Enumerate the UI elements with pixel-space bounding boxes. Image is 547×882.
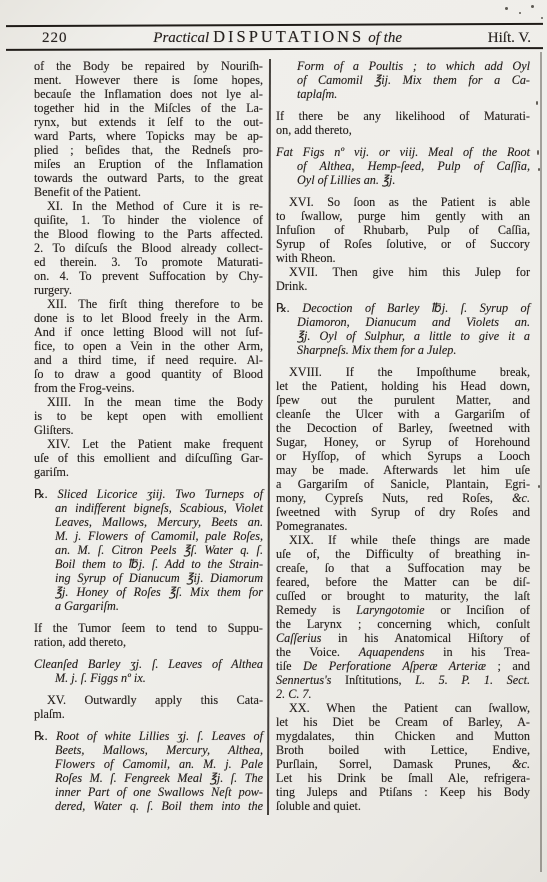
text-line: the Decoction of Barley, ſweetned with xyxy=(276,421,530,435)
text-line: Diamoron, Dianucum and Violets an. xyxy=(276,315,530,329)
paragraph-note: If there be any likelihood of Maturati-o… xyxy=(276,109,530,137)
text-line: ℞. Root of white Lillies ʒj. ſ. Leaves o… xyxy=(34,729,263,743)
text-line: ℥j. Oyl of Sulphur, a little to give it … xyxy=(276,329,530,343)
title-words-of-the: of the xyxy=(368,30,402,46)
text-line: a Gargariſm of Sanicle, Plantain, Egri- xyxy=(276,477,530,491)
scan-speckle xyxy=(505,7,508,10)
text-line: mygdalates, thin Chicken and Mutton xyxy=(276,729,530,743)
text-line: Sharpneſs. Mix them for a Julep. xyxy=(276,343,530,357)
text-line: ſo to draw a good quantity of Blood xyxy=(34,367,263,381)
text-line: ment. However there is ſome hopes, xyxy=(34,73,263,87)
text-line: plaſm. xyxy=(34,707,263,721)
text-line: of Althea, Hemp-ſeed, Pulp of Caſſia, xyxy=(276,159,530,173)
text-line: taplaſm. xyxy=(276,87,530,101)
paragraph-section: XX. When the Patient can ſwallow,let his… xyxy=(276,701,530,813)
text-line: Leaves, Mallows, Mercury, Beets an. xyxy=(34,515,263,529)
text-line: M. j. ſ. Figgs nº ix. xyxy=(34,671,263,685)
page-number: 220 xyxy=(42,30,68,47)
text-line: Oyl of Lillies an. ℥j. xyxy=(276,173,530,187)
text-line: gariſm. xyxy=(34,465,263,479)
paragraph-section: XIX. If while theſe things are madeuſe o… xyxy=(276,533,530,701)
scan-speckle xyxy=(538,168,540,171)
text-line: Sennertus's Inſtitutions, L. 5. P. 1. Se… xyxy=(276,673,530,687)
paragraph-recipe: ℞. Decoction of Barley ℔j. ſ. Syrup ofDi… xyxy=(276,301,530,357)
paragraph-section: XVIII. If the Impoſthume break,let the P… xyxy=(276,365,530,533)
text-line: together hid in the Miſcles of the La- xyxy=(34,101,263,115)
text-line: becauſe the Inflamation does not lye al- xyxy=(34,87,263,101)
paragraph-recipe: Cleanſed Barley ʒj. ſ. Leaves of AltheaM… xyxy=(34,657,263,685)
text-line: XIV. Let the Patient make frequent xyxy=(34,437,263,451)
text-line: XV. Outwardly apply this Cata- xyxy=(34,693,263,707)
text-line: Boil them to ℔j. ſ. Add to the Strain- xyxy=(34,557,263,571)
text-line: ℞. Decoction of Barley ℔j. ſ. Syrup of xyxy=(276,301,530,315)
paragraph-section: XVI. So ſoon as the Patient is ableto ſw… xyxy=(276,195,530,265)
text-line: ing Syrup of Dianucum ℥ij. Diamorum xyxy=(34,571,263,585)
text-line: on. 4. To prevent Suffocation by Chy- xyxy=(34,269,263,283)
text-line: XVII. Then give him this Julep for xyxy=(276,265,530,279)
header-rule-bottom xyxy=(6,47,543,51)
text-line: XII. The firſt thing therefore to be xyxy=(34,297,263,311)
text-line: an. M. ſ. Citron Peels ℥ſ. Water q. ſ. xyxy=(34,543,263,557)
right-column: Form of a Poultis ; to which add Oylof C… xyxy=(274,59,530,815)
text-line: ſoluble and quiet. xyxy=(276,799,530,813)
scan-speckle xyxy=(538,485,540,488)
text-line: Benefit of the Patient. xyxy=(34,185,263,199)
text-line: plied ; beſides that, the Redneſs pro- xyxy=(34,143,263,157)
text-line: ſweetned with Syrup of dry Roſes and xyxy=(276,505,530,519)
text-line: a Gargariſm. xyxy=(34,599,263,613)
text-line: rurgery. xyxy=(34,283,263,297)
text-line: let the Patient, holding his Head down, xyxy=(276,379,530,393)
text-line: Beets, Mallows, Mercury, Althea, xyxy=(34,743,263,757)
scan-speckle xyxy=(536,101,538,105)
text-line: Cleanſed Barley ʒj. ſ. Leaves of Althea xyxy=(34,657,263,671)
text-line: the Blood flowing to the Parts affected. xyxy=(34,227,263,241)
scan-speckle xyxy=(519,12,521,14)
text-line: miſes an Eruption of the Inflamation xyxy=(34,157,263,171)
text-line: ward Parts, where Topicks may be ap- xyxy=(34,129,263,143)
text-line: XVI. So ſoon as the Patient is able xyxy=(276,195,530,209)
paragraph-cont: of the Body be repaired by Nouriſh-ment.… xyxy=(34,59,263,199)
text-line: of the Body be repaired by Nouriſh- xyxy=(34,59,263,73)
text-line: ed therein. 3. To promote Maturati- xyxy=(34,255,263,269)
left-column: of the Body be repaired by Nouriſh-ment.… xyxy=(34,59,263,815)
text-line: the Larynx ; concerning which, conſult xyxy=(276,617,530,631)
paragraph-section: XI. In the Method of Cure it is re-quiſi… xyxy=(34,199,263,297)
book-page-scan: 220 PracticalDISPUTATIONSof the Hiſt. V.… xyxy=(0,0,547,882)
scan-speckle xyxy=(537,150,539,155)
text-line: Sugar, Honey, or Syrup of Horehound xyxy=(276,435,530,449)
text-columns: of the Body be repaired by Nouriſh-ment.… xyxy=(34,59,530,815)
text-line: to ſwallow, purge him gently with an xyxy=(276,209,530,223)
text-line: and a third time, if need require. Al- xyxy=(34,353,263,367)
text-line: ℥j. Honey of Roſes ℥ſ. Mix them for xyxy=(34,585,263,599)
text-line: fice, to open a Vein in the other Arm, xyxy=(34,339,263,353)
running-title: PracticalDISPUTATIONSof the xyxy=(68,27,488,47)
text-line: quiſite, 1. To hinder the violence of xyxy=(34,213,263,227)
text-line: 2. To diſcuſs the Blood already collect- xyxy=(34,241,263,255)
text-line: feared, before the Matter can be diſ- xyxy=(276,575,530,589)
paragraph-section: XVII. Then give him this Julep forDrink. xyxy=(276,265,530,293)
text-line: uſe of this emollient and diſcuſſing Gar… xyxy=(34,451,263,465)
paragraph-recipe: ℞. Root of white Lillies ʒj. ſ. Leaves o… xyxy=(34,729,263,813)
text-line: done is to let Blood freely in the Arm. xyxy=(34,311,263,325)
text-line: Infuſion of Rhubarb, Pulp of Caſſia, xyxy=(276,223,530,237)
text-line: let his Diet be Cream of Barley, A- xyxy=(276,715,530,729)
text-line: an indifferent bigneſs, Scabious, Violet xyxy=(34,501,263,515)
running-header: 220 PracticalDISPUTATIONSof the Hiſt. V. xyxy=(10,27,537,47)
text-line: dered, Water q. ſ. Boil them into the xyxy=(34,799,263,813)
text-line: creaſe, ſo that a Suffocation may be xyxy=(276,561,530,575)
paragraph-section: XV. Outwardly apply this Cata-plaſm. xyxy=(34,693,263,721)
text-line: 2. C. 7. xyxy=(276,687,530,701)
text-line: towards the outward Parts, to the great xyxy=(34,171,263,185)
text-line: is to be kept open with emollient xyxy=(34,409,263,423)
running-head-volume: Hiſt. V. xyxy=(488,30,531,47)
text-line: ℞. Sliced Licorice ʒiij. Two Turneps of xyxy=(34,487,263,501)
text-line: may be made. Afterwards let him uſe xyxy=(276,463,530,477)
text-line: Form of a Poultis ; to which add Oyl xyxy=(276,59,530,73)
text-line: XIII. In the mean time the Body xyxy=(34,395,263,409)
text-line: ting Juleps and Ptiſans : Keep his Body xyxy=(276,785,530,799)
text-line: Purſlain, Sorrel, Damask Prunes, &c. xyxy=(276,757,530,771)
title-word-practical: Practical xyxy=(153,30,209,46)
paragraph-note: If the Tumor ſeem to tend to Suppu-ratio… xyxy=(34,621,263,649)
text-line: inner Part of one Swallows Neſt pow- xyxy=(34,785,263,799)
scan-page-edge xyxy=(540,52,542,872)
paragraph-recipe: Fat Figs nº vij. or viij. Meal of the Ro… xyxy=(276,145,530,187)
text-line: Syrup of Roſes ſolutive, or of Succory xyxy=(276,237,530,251)
text-line: If there be any likelihood of Maturati- xyxy=(276,109,530,123)
text-line: If the Tumor ſeem to tend to Suppu- xyxy=(34,621,263,635)
scan-speckle xyxy=(531,5,534,8)
text-line: Let his Drink be ſmall Ale, refrigera- xyxy=(276,771,530,785)
text-line: M. j. Flowers of Camomil, pale Roſes, xyxy=(34,529,263,543)
text-line: Fat Figs nº vij. or viij. Meal of the Ro… xyxy=(276,145,530,159)
text-line: XX. When the Patient can ſwallow, xyxy=(276,701,530,715)
text-line: Pomegranates. xyxy=(276,519,530,533)
paragraph-recipe: ℞. Sliced Licorice ʒiij. Two Turneps ofa… xyxy=(34,487,263,613)
text-line: Drink. xyxy=(276,279,530,293)
text-line: or Hyſſop, of which Syrups a Looch xyxy=(276,449,530,463)
column-divider-rule xyxy=(267,59,271,815)
text-line: uſe of, the Difficulty of breathing in- xyxy=(276,547,530,561)
paragraph-section: XIII. In the mean time the Bodyis to be … xyxy=(34,395,263,437)
text-line: XI. In the Method of Cure it is re- xyxy=(34,199,263,213)
paragraph-section: XIV. Let the Patient make frequentuſe of… xyxy=(34,437,263,479)
text-line: XVIII. If the Impoſthume break, xyxy=(276,365,530,379)
text-line: And if once letting Blood will not ſuf- xyxy=(34,325,263,339)
text-line: tiſe De Perforatione Aſperæ Arteriæ ; an… xyxy=(276,659,530,673)
text-line: Broth boiled with Lettice, Endive, xyxy=(276,743,530,757)
text-line: ſpew out the purulent Matter, and xyxy=(276,393,530,407)
text-line: on, add thereto, xyxy=(276,123,530,137)
text-line: Caſſerius in his Anatomical Hiſtory of xyxy=(276,631,530,645)
text-line: cleanſe the Ulcer with a Gargariſm of xyxy=(276,407,530,421)
text-line: Flowers of Camomil, an. M. j. Pale xyxy=(34,757,263,771)
text-line: ration, add thereto, xyxy=(34,635,263,649)
text-line: Remedy is Laryngotomie or Inciſion of xyxy=(276,603,530,617)
text-line: with Rheon. xyxy=(276,251,530,265)
text-line: XIX. If while theſe things are made xyxy=(276,533,530,547)
scan-speckle xyxy=(541,17,543,19)
text-line: Roſes M. ſ. Fengreek Meal ℥j. ſ. The xyxy=(34,771,263,785)
text-line: Gliſters. xyxy=(34,423,263,437)
text-line: mony, Cypreſs Nuts, red Roſes, &c. xyxy=(276,491,530,505)
paragraph-section: XII. The firſt thing therefore to bedone… xyxy=(34,297,263,395)
text-line: from the Frog-veins. xyxy=(34,381,263,395)
paragraph-recipe-cont: Form of a Poultis ; to which add Oylof C… xyxy=(276,59,530,101)
title-caps-disputations: DISPUTATIONS xyxy=(213,27,364,46)
text-line: cuſſed or brought to maturity, the laſt xyxy=(276,589,530,603)
text-line: rynx, but extends it ſelf to the out- xyxy=(34,115,263,129)
text-line: of Camomil ℥ij. Mix them for a Ca- xyxy=(276,73,530,87)
text-line: the Voice. Aquapendens in his Trea- xyxy=(276,645,530,659)
